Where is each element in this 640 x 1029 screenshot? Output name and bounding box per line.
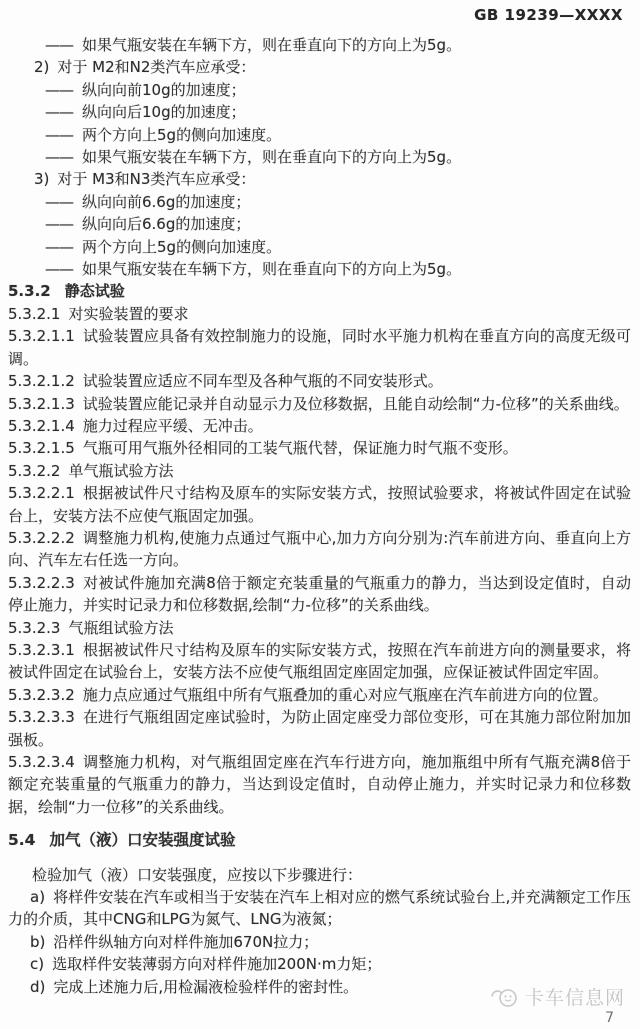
paragraph-text: 施力过程应平缓、无冲击。	[83, 417, 263, 435]
page-number: 7	[605, 1010, 614, 1026]
paragraph-text: 对被试件施加充满8倍于额定充装重量的气瓶重力的静力，当达到设定值时，自动停止施力…	[8, 574, 631, 614]
clause-paragraph: 5.3.2.2.2调整施力机构,使施力点通过气瓶中心,加力方向分别为:汽车前进方…	[8, 527, 631, 572]
paragraph-text: 两个方向上5g的侧向加速度。	[82, 238, 281, 256]
item-label: 5.3.2.2.2	[8, 529, 75, 547]
step-list-item: a)将样件安装在汽车或相当于安装在汽车上相对应的燃气系统试验台上,并充满额定工作…	[8, 886, 631, 931]
clause-paragraph: 5.3.2.1.2试验装置应适应不同车型及各种气瓶的不同安装形式。	[8, 370, 631, 392]
watermark-text: 卡车信息网	[525, 983, 625, 1010]
paragraph-text: 调整施力机构,使施力点通过气瓶中心,加力方向分别为:汽车前进方向、垂直向上方向、…	[8, 529, 631, 569]
item-label: 5.3.2.3.4	[8, 753, 75, 771]
clause-paragraph: 5.3.2.3.2施力点应通过气瓶组中所有气瓶叠加的重心对应气瓶座在汽车前进方向…	[8, 684, 631, 706]
paragraph-text: 试验装置应具备有效控制施力的设施，同时水平施力机构在垂直方向的高度无级可调。	[8, 327, 631, 367]
item-label: 5.3.2.2	[8, 462, 60, 480]
paragraph-text: 将样件安装在汽车或相当于安装在汽车上相对应的燃气系统试验台上,并充满额定工作压力…	[8, 888, 631, 928]
item-label: 5.3.2.1.4	[8, 417, 75, 435]
dash-marker: ——	[45, 238, 73, 256]
dash-list-item: ——如果气瓶安装在车辆下方，则在垂直向下的方向上为5g。	[8, 34, 631, 56]
item-label: 5.3.2.1	[8, 305, 60, 323]
paragraph-text: 两个方向上5g的侧向加速度。	[82, 126, 281, 144]
item-label: b)	[30, 933, 45, 951]
dash-list-item: ——纵向向后10g的加速度；	[8, 101, 631, 123]
clause-paragraph: 5.3.2.3.4调整施力机构，对气瓶组固定座在汽车行进方向，施加瓶组中所有气瓶…	[8, 751, 631, 818]
numbered-list-item: 3)对于 M3和N3类汽车应承受：	[8, 168, 631, 190]
paragraph-text: 单气瓶试验方法	[68, 462, 173, 480]
clause-paragraph: 5.3.2.1.5气瓶可用气瓶外径相同的工装气瓶代替，保证施力时气瓶不变形。	[8, 437, 631, 459]
clause-paragraph: 5.3.2.1.1试验装置应具备有效控制施力的设施，同时水平施力机构在垂直方向的…	[8, 325, 631, 370]
clause-paragraph: 5.3.2.3气瓶组试验方法	[8, 617, 631, 639]
document-page: GB 19239—XXXX ——如果气瓶安装在车辆下方，则在垂直向下的方向上为5…	[0, 0, 640, 1029]
step-list-item: b)沿样件纵轴方向对样件施加670N拉力；	[8, 931, 631, 953]
item-label: 5.3.2.3.3	[8, 708, 75, 726]
paragraph-text: 气瓶组试验方法	[68, 619, 173, 637]
document-body: ——如果气瓶安装在车辆下方，则在垂直向下的方向上为5g。2)对于 M2和N2类汽…	[8, 34, 631, 998]
paragraph-text: 如果气瓶安装在车辆下方，则在垂直向下的方向上为5g。	[82, 36, 461, 54]
doc-header: GB 19239—XXXX	[0, 6, 623, 24]
clause-paragraph: 5.3.2.1.3试验装置应能记录并自动显示力及位移数据，且能自动绘制“力-位移…	[8, 393, 631, 415]
dash-marker: ——	[45, 103, 73, 121]
dash-list-item: ——两个方向上5g的侧向加速度。	[8, 236, 631, 258]
paragraph-text: 试验装置应能记录并自动显示力及位移数据，且能自动绘制“力-位移”的关系曲线。	[83, 395, 629, 413]
dash-marker: ——	[45, 36, 73, 54]
numbered-list-item: 2)对于 M2和N2类汽车应承受：	[8, 56, 631, 78]
paragraph-text: 检验加气（液）口安装强度，应按以下步骤进行：	[32, 866, 362, 884]
item-label: 2)	[34, 58, 49, 76]
intro-paragraph: 检验加气（液）口安装强度，应按以下步骤进行：	[8, 864, 631, 886]
item-label: 5.3.2.3.1	[8, 641, 75, 659]
paragraph-text: 根据被试件尺寸结构及原车的实际安装方式，按照试验要求，将被试件固定在试验台上，安…	[8, 484, 631, 524]
item-label: d)	[30, 978, 45, 996]
item-label: 5.3.2.2.3	[8, 574, 75, 592]
clause-paragraph: 5.3.2.1对实验装置的要求	[8, 303, 631, 325]
clause-paragraph: 5.3.2.3.1根据被试件尺寸结构及原车的实际安装方式，按照在汽车前进方向的测…	[8, 639, 631, 684]
dash-list-item: ——如果气瓶安装在车辆下方，则在垂直向下的方向上为5g。	[8, 146, 631, 168]
paragraph-text: 根据被试件尺寸结构及原车的实际安装方式，按照在汽车前进方向的测量要求，将被试件固…	[8, 641, 631, 681]
dash-marker: ——	[45, 126, 73, 144]
paragraph-text: 气瓶可用气瓶外径相同的工装气瓶代替，保证施力时气瓶不变形。	[83, 439, 518, 457]
paragraph-text: 在进行气瓶组固定座试验时，为防止固定座受力部位变形，可在其施力部位附加加强板。	[8, 708, 631, 748]
clause-heading: 5.3.2静态试验	[8, 280, 631, 302]
item-label: 5.3.2.3	[8, 619, 60, 637]
paragraph-text: 如果气瓶安装在车辆下方，则在垂直向下的方向上为5g。	[82, 260, 461, 278]
item-label: 5.3.2.2.1	[8, 484, 75, 502]
dash-list-item: ——纵向向前10g的加速度；	[8, 79, 631, 101]
paragraph-text: 纵向向后6.6g的加速度；	[82, 215, 250, 233]
item-label: 5.4	[8, 831, 35, 849]
dash-list-item: ——如果气瓶安装在车辆下方，则在垂直向下的方向上为5g。	[8, 258, 631, 280]
clause-paragraph: 5.3.2.2单气瓶试验方法	[8, 460, 631, 482]
paragraph-text: 纵向向前6.6g的加速度；	[82, 193, 250, 211]
paragraph-text: 沿样件纵轴方向对样件施加670N拉力；	[53, 933, 318, 951]
step-list-item: c)选取样件安装薄弱方向对样件施加200N·m力矩；	[8, 953, 631, 975]
paragraph-text: 静态试验	[65, 282, 125, 300]
paragraph-text: 纵向向前10g的加速度；	[82, 81, 246, 99]
paragraph-text: 对实验装置的要求	[68, 305, 188, 323]
item-label: 5.3.2.1.1	[8, 327, 75, 345]
dash-marker: ——	[45, 215, 73, 233]
clause-paragraph: 5.3.2.1.4施力过程应平缓、无冲击。	[8, 415, 631, 437]
item-label: 5.3.2.1.3	[8, 395, 75, 413]
item-label: 5.3.2.1.5	[8, 439, 75, 457]
paragraph-text: 试验装置应适应不同车型及各种气瓶的不同安装形式。	[83, 372, 443, 390]
item-label: 3)	[34, 170, 49, 188]
clause-paragraph: 5.3.2.2.3对被试件施加充满8倍于额定充装重量的气瓶重力的静力，当达到设定…	[8, 572, 631, 617]
item-label: 5.3.2	[8, 282, 51, 300]
doc-number: GB 19239—XXXX	[474, 6, 623, 24]
paragraph-text: 加气（液）口安装强度试验	[49, 831, 235, 849]
dash-marker: ——	[45, 81, 73, 99]
truck-logo-icon	[489, 985, 519, 1009]
item-label: 5.3.2.3.2	[8, 686, 75, 704]
watermark: 卡车信息网	[489, 983, 625, 1010]
item-label: a)	[30, 888, 45, 906]
paragraph-text: 对于 M3和N3类汽车应承受：	[57, 170, 255, 188]
clause-heading: 5.4加气（液）口安装强度试验	[8, 829, 631, 851]
clause-paragraph: 5.3.2.3.3在进行气瓶组固定座试验时，为防止固定座受力部位变形，可在其施力…	[8, 706, 631, 751]
dash-list-item: ——纵向向后6.6g的加速度；	[8, 213, 631, 235]
paragraph-text: 纵向向后10g的加速度；	[82, 103, 246, 121]
paragraph-text: 完成上述施力后,用检漏液检验样件的密封性。	[53, 978, 358, 996]
paragraph-text: 对于 M2和N2类汽车应承受：	[57, 58, 255, 76]
paragraph-text: 选取样件安装薄弱方向对样件施加200N·m力矩；	[52, 955, 381, 973]
dash-list-item: ——纵向向前6.6g的加速度；	[8, 191, 631, 213]
dash-marker: ——	[45, 260, 73, 278]
paragraph-text: 施力点应通过气瓶组中所有气瓶叠加的重心对应气瓶座在汽车前进方向的位置。	[83, 686, 608, 704]
paragraph-text: 如果气瓶安装在车辆下方，则在垂直向下的方向上为5g。	[82, 148, 461, 166]
item-label: c)	[30, 955, 44, 973]
dash-marker: ——	[45, 148, 73, 166]
dash-marker: ——	[45, 193, 73, 211]
item-label: 5.3.2.1.2	[8, 372, 75, 390]
clause-paragraph: 5.3.2.2.1根据被试件尺寸结构及原车的实际安装方式，按照试验要求，将被试件…	[8, 482, 631, 527]
paragraph-text: 调整施力机构，对气瓶组固定座在汽车行进方向，施加瓶组中所有气瓶充满8倍于额定充装…	[8, 753, 631, 816]
dash-list-item: ——两个方向上5g的侧向加速度。	[8, 124, 631, 146]
